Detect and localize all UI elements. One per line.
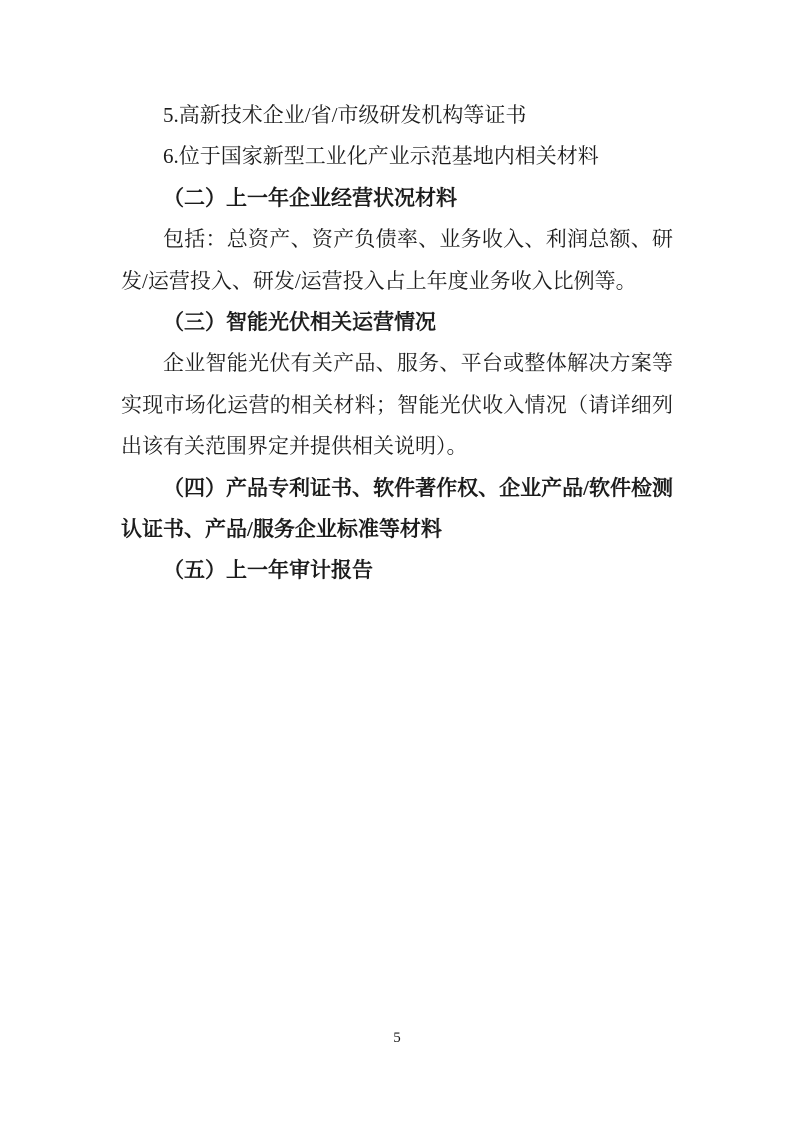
page-number: 5 (121, 1028, 673, 1048)
section-heading-5: （五）上一年审计报告 (121, 550, 673, 591)
document-page: 5.高新技术企业/省/市级研发机构等证书 6.位于国家新型工业化产业示范基地内相… (0, 0, 793, 1122)
list-item-6: 6.位于国家新型工业化产业示范基地内相关材料 (121, 136, 673, 177)
section-heading-3: （三）智能光伏相关运营情况 (121, 302, 673, 343)
section-3-body-paragraph: 企业智能光伏有关产品、服务、平台或整体解决方案等实现市场化运营的相关材料；智能光… (121, 343, 673, 467)
section-2-body-paragraph: 包括：总资产、资产负债率、业务收入、利润总额、研发/运营投入、研发/运营投入占上… (121, 219, 673, 302)
list-item-5: 5.高新技术企业/省/市级研发机构等证书 (121, 95, 673, 136)
document-body: 5.高新技术企业/省/市级研发机构等证书 6.位于国家新型工业化产业示范基地内相… (121, 95, 673, 592)
section-heading-2: （二）上一年企业经营状况材料 (121, 178, 673, 219)
section-heading-4: （四）产品专利证书、软件著作权、企业产品/软件检测认证书、产品/服务企业标准等材… (121, 468, 673, 551)
